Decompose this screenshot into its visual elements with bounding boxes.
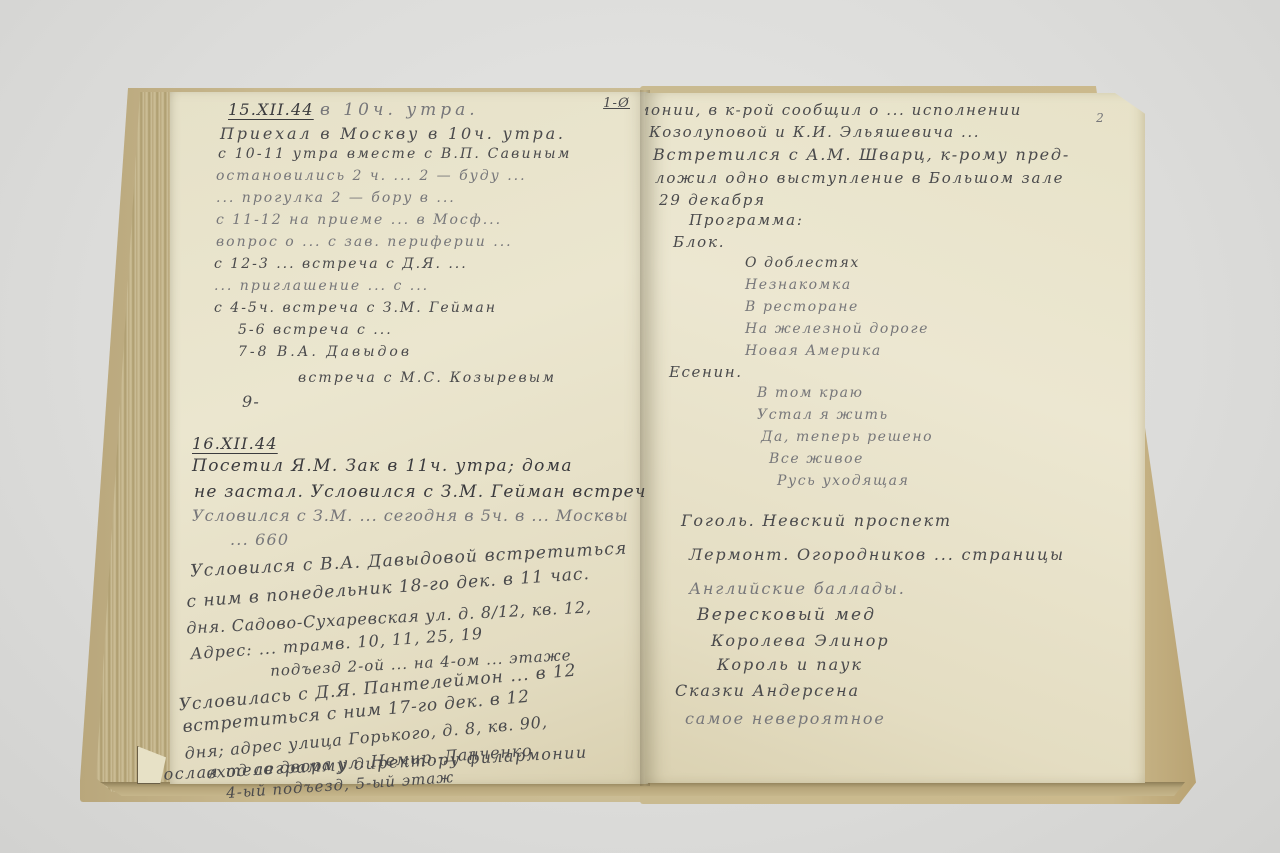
entry-line: ... приглашение ... с ... [214,278,429,294]
entry-line: Козолуповой и К.И. Эльяшевича ... [649,123,980,141]
entry-line: Приехал в Москву в 10ч. утра. [220,124,566,143]
entry-line: 5-6 встреча с ... [238,322,393,338]
program-item: Сказки Андерсена [675,681,860,700]
left-page: 1-Ø 15.XII.44 в 10ч. утра. Приехал в Мос… [170,92,648,784]
right-page: 2 монии, в к-рой сообщил о ... исполнени… [645,93,1145,783]
entry-line: монии, в к-рой сообщил о ... исполнении [637,101,1022,119]
poem-title: В том краю [757,385,864,401]
entry-line: в 10ч. утра. [320,100,479,120]
poem-title: Русь уходящая [777,473,909,489]
program-label: Программа: [689,211,804,229]
entry-line: ... 660 [230,530,289,549]
entry-date: 16.XII.44 [192,434,278,453]
program-item: Гоголь. Невский проспект [681,511,952,530]
program-item: самое невероятное [685,709,886,728]
program-item: Лермонт. Огородников ... страницы [689,545,1065,564]
page-number: 2 [1096,111,1105,125]
entry-line: вопрос о ... с зав. периферии ... [216,234,513,250]
page-number: 1-Ø [603,96,630,111]
program-item: Вересковый мед [697,605,876,625]
entry-line: Условился с З.М. ... сегодня в 5ч. в ...… [192,506,629,525]
open-notebook: 1-Ø 15.XII.44 в 10ч. утра. Приехал в Мос… [0,0,1280,853]
entry-line: с 12-3 ... встреча с Д.Я. ... [214,256,468,272]
entry-line: ... прогулка 2 — бору в ... [216,190,456,206]
poem-title: Все живое [769,451,864,467]
author-name: Блок. [673,233,725,251]
entry-date: 15.XII.44 [228,100,314,119]
poem-title: Устал я жить [757,407,889,423]
entry-line: не застал. Условился с З.М. Гейман встре… [194,482,658,502]
entry-line: ложил одно выступление в Большом зале [655,169,1064,187]
program-item: Английские баллады. [689,579,906,598]
poem-title: На железной дороге [745,321,929,337]
entry-line: остановились 2 ч. ... 2 — буду ... [216,168,527,184]
poem-title: В ресторане [745,299,859,315]
program-item: Король и паук [717,655,863,674]
author-name: Есенин. [669,363,743,381]
poem-title: О доблестях [745,255,860,271]
entry-line: 29 декабря [659,191,766,209]
entry-line: с 11-12 на приеме ... в Мосф... [216,212,502,228]
poem-title: Да, теперь решено [761,429,933,445]
program-item: Королева Элинор [711,631,890,650]
poem-title: Незнакомка [745,277,852,293]
entry-line: встреча с М.С. Козыревым [298,370,556,386]
entry-line: Встретился с А.М. Шварц, к-рому пред- [653,145,1070,164]
entry-line: 9- [242,392,260,411]
entry-line: с 4-5ч. встреча с З.М. Гейман [214,300,497,316]
entry-line: с 10-11 утра вместе с В.П. Савиным [218,146,572,162]
entry-line: 7-8 В.А. Давыдов [238,344,412,360]
entry-line: Посетил Я.М. Зак в 11ч. утра; дома [192,456,573,476]
poem-title: Новая Америка [745,343,882,359]
